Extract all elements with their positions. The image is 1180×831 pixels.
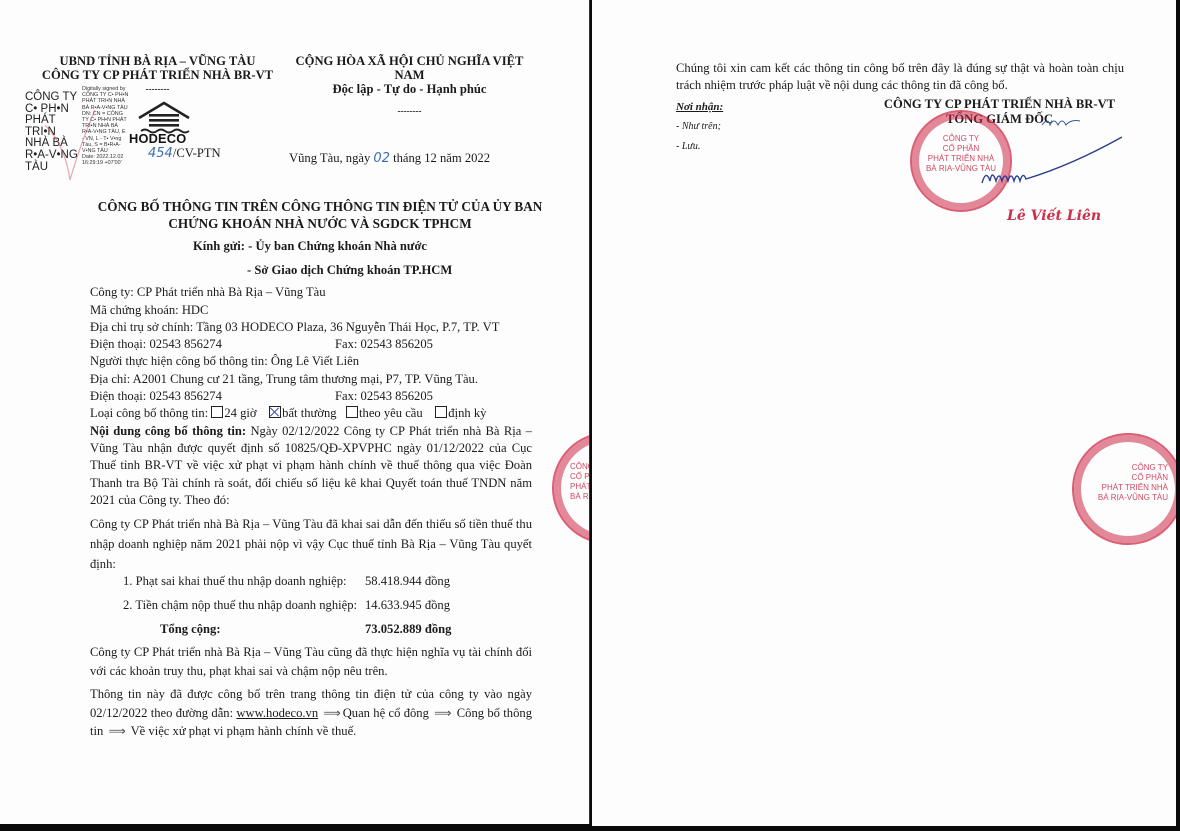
option-irregular-label: bất thường (282, 406, 336, 420)
signer-name-line: CÔNG TY (25, 92, 78, 104)
title-line-2: CHỨNG KHOÁN NHÀ NƯỚC VÀ SGDCK TPHCM (80, 215, 560, 232)
handwritten-signature-icon (972, 105, 1132, 200)
paragraph-findings: Công ty CP Phát triển nhà Bà Rịa – Vũng … (90, 514, 532, 574)
company-name: Công ty: CP Phát triển nhà Bà Rịa – Vũng… (90, 285, 326, 300)
option-on-request[interactable]: theo yêu cầu (346, 406, 423, 420)
double-arrow-right-icon: ⟹ (434, 704, 451, 723)
header-left-company: CÔNG TY CP PHÁT TRIỂN NHÀ BR-VT (30, 68, 285, 82)
penalty-1-label: 1. Phạt sai khai thuế thu nhập doanh ngh… (123, 574, 347, 589)
recipients-line-1: Kính gửi: - Ủy ban Chứng khoán Nhà nước (193, 239, 427, 254)
option-periodic-label: định kỳ (448, 406, 486, 420)
place-date-prefix: Vũng Tàu, ngày (289, 151, 373, 165)
stamp-line: PHÁT TRIỂN NHÀ (570, 482, 590, 492)
stamp-line: CÔNG TY (570, 462, 590, 472)
place-date-rest: tháng 12 năm 2022 (390, 151, 490, 165)
disclosure-content: Nội dung công bố thông tin: Ngày 02/12/2… (90, 423, 532, 509)
recipients-heading-text: Nơi nhận: (676, 101, 723, 113)
recipients-line-2: - Sở Giao dịch Chứng khoán TP.HCM (247, 263, 452, 278)
phone-1: Điện thoại: 02543 856274 (90, 337, 222, 352)
penalty-2-label: 2. Tiền chậm nộp thuế thu nhập doanh ngh… (123, 598, 357, 613)
checkbox-on-request[interactable] (346, 406, 358, 418)
fax-1: Fax: 02543 856205 (335, 337, 433, 352)
option-on-request-label: theo yêu cầu (359, 406, 423, 420)
option-periodic[interactable]: định kỳ (435, 406, 486, 420)
stamp-line: CÔNG TY (1098, 463, 1168, 473)
website-link[interactable]: www.hodeco.vn (236, 706, 318, 720)
option-24h[interactable]: 24 giờ (211, 406, 256, 420)
stamp-line: BÀ RỊA-VŨNG TÀU (570, 492, 590, 502)
place-date: Vũng Tàu, ngày 02 tháng 12 năm 2022 (289, 151, 490, 166)
recipient-1: - Như trên; (676, 121, 721, 132)
penalty-2-amount: 14.633.945 đồng (365, 598, 450, 613)
path-tax-penalty: Về việc xử phạt vi phạm hành chính về th… (131, 724, 357, 738)
document-number: 454/CV-PTN (148, 146, 221, 161)
stamp-half-text: CÔNG TYCỔ PHẦNPHÁT TRIỂN NHÀBÀ RỊA-VŨNG … (1098, 463, 1168, 503)
stamp-line: PHÁT TRIỂN NHÀ (1098, 483, 1168, 493)
date-day-handwritten: 02 (373, 151, 390, 166)
checkbox-24h[interactable] (211, 406, 223, 418)
double-arrow-right-icon: ⟹ (108, 722, 125, 741)
discloser: Người thực hiện công bố thông tin: Ông L… (90, 354, 359, 369)
company-stamp-right-half: CÔNG TYCỔ PHẦNPHÁT TRIỂN NHÀBÀ RỊA-VŨNG … (1072, 433, 1176, 545)
checkbox-irregular-checked[interactable] (269, 406, 281, 418)
head-office-address: Địa chỉ trụ sở chính: Tầng 03 HODECO Pla… (90, 320, 499, 335)
header-right: CỘNG HÒA XÃ HỘI CHỦ NGHĨA VIỆT NAM Độc l… (282, 54, 537, 118)
content-label: Nội dung công bố thông tin: (90, 424, 246, 438)
recipients-heading: Nơi nhận: (676, 101, 723, 113)
phone-2: Điện thoại: 02543 856274 (90, 389, 222, 404)
total-amount: 73.052.889 đồng (365, 622, 451, 637)
disclosure-type-label: Loại công bố thông tin: (90, 406, 211, 420)
stamp-half-text: CÔNG TYCỔ PHẦNPHÁT TRIỂN NHÀBÀ RỊA-VŨNG … (564, 462, 590, 502)
company-stamp-left-half: CÔNG TYCỔ PHẦNPHÁT TRIỂN NHÀBÀ RỊA-VŨNG … (552, 432, 590, 544)
national-slogan: Độc lập - Tự do - Hạnh phúc (282, 82, 537, 96)
double-arrow-right-icon: ⟹ (323, 704, 340, 723)
penalty-1-amount: 58.418.944 đồng (365, 574, 450, 589)
document-title: CÔNG BỐ THÔNG TIN TRÊN CÔNG THÔNG TIN ĐI… (80, 198, 560, 232)
disclosure-type: Loại công bố thông tin: 24 giờ bất thườn… (90, 406, 486, 421)
total-label: Tổng cộng: (160, 622, 221, 637)
hodeco-logo-text: HODECO (129, 131, 186, 146)
header-left: UBND TỈNH BÀ RỊA – VŨNG TÀU CÔNG TY CP P… (30, 54, 285, 96)
recipient-2: - Lưu. (676, 141, 700, 152)
stamp-line: BÀ RỊA-VŨNG TÀU (1098, 493, 1168, 503)
checkbox-periodic[interactable] (435, 406, 447, 418)
document-number-handwritten: 454 (148, 146, 173, 161)
discloser-address: Địa chỉ: A2001 Chung cư 21 tầng, Trung t… (90, 372, 478, 387)
document-page-1: UBND TỈNH BÀ RỊA – VŨNG TÀU CÔNG TY CP P… (0, 0, 590, 824)
header-left-authority: UBND TỈNH BÀ RỊA – VŨNG TÀU (30, 54, 285, 68)
title-line-1: CÔNG BỐ THÔNG TIN TRÊN CÔNG THÔNG TIN ĐI… (80, 198, 560, 215)
national-motto: CỘNG HÒA XÃ HỘI CHỦ NGHĨA VIỆT NAM (282, 54, 537, 82)
stamp-line: CỔ PHẦN (570, 472, 590, 482)
ticker: Mã chứng khoán: HDC (90, 303, 208, 318)
paragraph-obligation: Công ty CP Phát triển nhà Bà Rịa – Vũng … (90, 643, 532, 681)
fax-2: Fax: 02543 856205 (335, 389, 433, 404)
header-right-divider: -------- (282, 104, 537, 118)
option-24h-label: 24 giờ (224, 406, 256, 420)
document-page-2: Chúng tôi xin cam kết các thông tin công… (592, 0, 1176, 826)
path-shareholder-relations: Quan hệ cổ đông (343, 706, 429, 720)
signature-check-mark-icon (40, 105, 100, 185)
document-number-suffix: /CV-PTN (173, 146, 221, 160)
signer-name: Lê Viết Liên (1007, 208, 1101, 224)
paragraph-published: Thông tin này đã được công bố trên trang… (90, 685, 532, 741)
stamp-line: CỔ PHẦN (1098, 473, 1168, 483)
option-irregular[interactable]: bất thường (269, 406, 336, 420)
commitment-statement: Chúng tôi xin cam kết các thông tin công… (676, 60, 1124, 94)
